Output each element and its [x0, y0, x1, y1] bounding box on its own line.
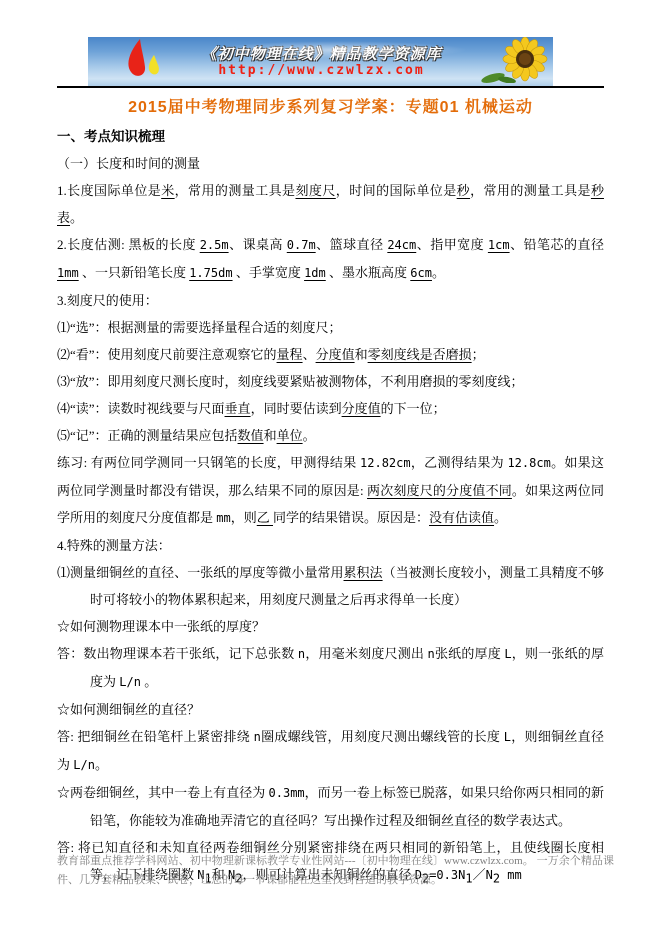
text-run: 张纸的厚度 [435, 646, 505, 661]
document-body: 一、考点知识梳理（一）长度和时间的测量1.长度国际单位是米，常用的测量工具是刻度… [57, 123, 604, 889]
text-run: n [254, 730, 261, 744]
paragraph: （一）长度和时间的测量 [57, 150, 604, 177]
text-run: L [504, 730, 511, 744]
text-run: 量程 [277, 347, 303, 362]
text-run: 圈成螺线管，用刻度尺测出螺线管的长度 [261, 729, 504, 744]
text-run: 12.82cm [360, 456, 411, 470]
text-run: 一、考点知识梳理 [57, 129, 165, 144]
text-run: L/n [119, 675, 141, 689]
text-run: 单位 [277, 428, 303, 443]
text-run: 的下一位； [381, 401, 446, 416]
text-run: 答：数出物理课本若干张纸，记下总张数 [57, 646, 298, 661]
paragraph: 一、考点知识梳理 [57, 123, 604, 150]
text-run: 12.8cm [507, 456, 550, 470]
text-run: ⑴测量细铜丝的直径、一张纸的厚度等微小量常用 [57, 565, 344, 580]
text-run: 同学的结果错误。原因是： [273, 510, 429, 525]
text-run: 1.75dm [189, 266, 232, 280]
text-run: 0.7m [287, 238, 316, 252]
footer-note: 教育部重点推荐学科网站、初中物理新课标教学专业性网站---〔初中物理在线〕www… [57, 852, 614, 890]
text-run: 、墨水瓶高度 [326, 265, 411, 280]
text-run: 刻度尺 [295, 183, 335, 198]
text-run: ，常用的测量工具是 [175, 183, 296, 198]
text-run: 。 [494, 510, 507, 525]
text-run: 和 [264, 428, 277, 443]
text-run: ； [472, 347, 485, 362]
site-title: 《初中物理在线》精品教学资源库 [164, 47, 479, 64]
paragraph: ⑴测量细铜丝的直径、一张纸的厚度等微小量常用累积法（当被测长度较小，测量工具精度… [57, 559, 604, 613]
paragraph: 练习: 有两位同学测同一只钢笔的长度，甲测得结果 12.82cm，乙测得结果为 … [57, 449, 604, 532]
text-run: 乙 [257, 510, 273, 525]
text-run: 、指甲宽度 [416, 237, 488, 252]
text-run: 零刻度线是否磨损 [368, 347, 472, 362]
text-run: ⑴“选”：根据测量的需要选择量程合适的刻度尺； [57, 320, 342, 335]
text-run: ，时间的国际单位是 [336, 183, 457, 198]
text-run: L [504, 647, 511, 661]
text-run: 垂直 [225, 401, 251, 416]
paragraph: ⑸“记”：正确的测量结果应包括数值和单位。 [57, 422, 604, 449]
text-run: ，常用的测量工具是 [470, 183, 591, 198]
banner-text-block: 《初中物理在线》精品教学资源库 http://www.czwlzx.com [164, 47, 479, 78]
site-url-link[interactable]: http://www.czwlzx.com [164, 64, 479, 78]
text-run: 1.长度国际单位是 [57, 183, 161, 198]
text-run: 、课桌高 [229, 237, 287, 252]
text-run: 。 [141, 674, 157, 689]
text-run: 、一只新铅笔长度 [79, 265, 190, 280]
text-run: ，用毫米刻度尺测出 [305, 646, 427, 661]
text-run: ☆如何测物理课本中一张纸的厚度？ [57, 619, 265, 634]
text-run: ⑶“放”：即用刻度尺测长度时，刻度线要紧贴被测物体，不利用磨损的零刻度线； [57, 374, 524, 389]
text-run: ，同时要估读到 [251, 401, 342, 416]
text-run: ⑷“读”：读数时视线要与尺面 [57, 401, 225, 416]
text-run: 累积法 [344, 565, 383, 580]
text-run: （一）长度和时间的测量 [57, 156, 200, 171]
text-run: 数值 [238, 428, 264, 443]
text-run: 4.特殊的测量方法： [57, 538, 171, 553]
site-logo-icon [120, 38, 164, 85]
header-divider [57, 86, 604, 88]
text-run: 。 [432, 265, 445, 280]
paragraph: ⑷“读”：读数时视线要与尺面垂直，同时要估读到分度值的下一位； [57, 395, 604, 422]
paragraph: ☆如何测细铜丝的直径？ [57, 696, 604, 723]
banner-image: 《初中物理在线》精品教学资源库 http://www.czwlzx.com [88, 37, 553, 86]
text-run: 0.3mm [269, 786, 305, 800]
text-run: 6cm [410, 266, 432, 280]
text-run: ☆两卷细铜丝，其中一卷上有直径为 [57, 785, 269, 800]
page-title: 2015届中考物理同步系列复习学案：专题01 机械运动 [0, 94, 661, 117]
paragraph: ⑵“看”：使用刻度尺前要注意观察它的量程、分度值和零刻度线是否磨损； [57, 341, 604, 368]
text-run: ⑵“看”：使用刻度尺前要注意观察它的 [57, 347, 277, 362]
text-run: 分度值 [342, 401, 381, 416]
paragraph: 4.特殊的测量方法： [57, 532, 604, 559]
text-run: 1dm [304, 266, 326, 280]
text-run: ☆如何测细铜丝的直径？ [57, 702, 200, 717]
paragraph: 答: 把细铜丝在铅笔杆上紧密排绕 n圈成螺线管，用刻度尺测出螺线管的长度 L，则… [57, 723, 604, 779]
text-run: 练习: 有两位同学测同一只钢笔的长度，甲测得结果 [57, 455, 360, 470]
text-run: mm [216, 511, 230, 525]
text-run: 。 [70, 210, 83, 225]
paragraph: 2.长度估测: 黑板的长度 2.5m、课桌高 0.7m、篮球直径 24cm、指甲… [57, 231, 604, 287]
text-run: 3.刻度尺的使用： [57, 293, 158, 308]
sunflower-icon [479, 37, 551, 86]
text-run: 答: 把细铜丝在铅笔杆上紧密排绕 [57, 729, 254, 744]
text-run: ，乙测得结果为 [411, 455, 508, 470]
text-run: 。 [303, 428, 316, 443]
text-run: 1cm [488, 238, 510, 252]
paragraph: ⑶“放”：即用刻度尺测长度时，刻度线要紧贴被测物体，不利用磨损的零刻度线； [57, 368, 604, 395]
text-run: ，则 [231, 510, 257, 525]
text-run: 米 [161, 183, 174, 198]
paragraph: ☆两卷细铜丝，其中一卷上有直径为 0.3mm，而另一卷上标签已脱落，如果只给你两… [57, 779, 604, 834]
text-run: 两次刻度尺的分度值不同 [367, 483, 512, 498]
text-run: 、 [303, 347, 316, 362]
paragraph: 1.长度国际单位是米，常用的测量工具是刻度尺，时间的国际单位是秒，常用的测量工具… [57, 177, 604, 231]
text-run: 和 [355, 347, 368, 362]
text-run: 、手掌宽度 [233, 265, 305, 280]
text-run: 没有估读值 [429, 510, 494, 525]
paragraph: ⑴“选”：根据测量的需要选择量程合适的刻度尺； [57, 314, 604, 341]
text-run: 、篮球直径 [316, 237, 388, 252]
text-run: 分度值 [316, 347, 355, 362]
paragraph: 3.刻度尺的使用： [57, 287, 604, 314]
paragraph: 答：数出物理课本若干张纸，记下总张数 n，用毫米刻度尺测出 n张纸的厚度 L，则… [57, 640, 604, 696]
text-run: ⑸“记”：正确的测量结果应包括 [57, 428, 238, 443]
text-run: L/n [73, 758, 95, 772]
text-run: 、铅笔芯的直径 [510, 237, 604, 252]
text-run: 2.5m [200, 238, 229, 252]
document-page: 《初中物理在线》精品教学资源库 http://www.czwlzx.com [0, 0, 661, 936]
text-run: n [428, 647, 435, 661]
text-run: 24cm [387, 238, 416, 252]
text-run: 秒 [457, 183, 470, 198]
paragraph: ☆如何测物理课本中一张纸的厚度？ [57, 613, 604, 640]
text-run: 2.长度估测: 黑板的长度 [57, 237, 200, 252]
text-run: 1mm [57, 266, 79, 280]
text-run: 。 [95, 757, 108, 772]
